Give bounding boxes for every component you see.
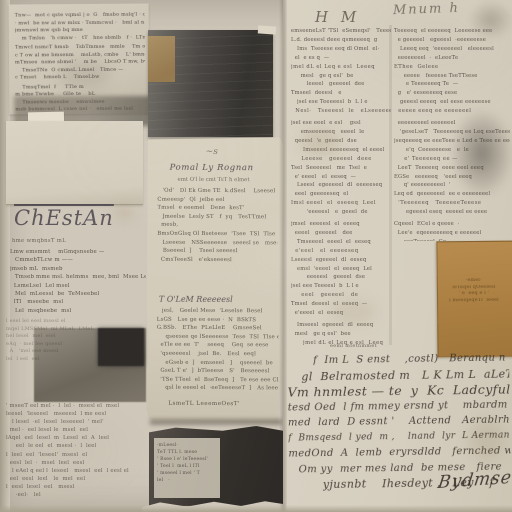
text-line: Lseeesl egeeeel dl eeseq	[291, 256, 391, 265]
text-line: BmsOnGlsq Ol Bseteese 'Tsee TSl Tlse eme	[157, 230, 277, 239]
text-line: hel lesel mel elel	[6, 333, 102, 341]
text-line: eeeel geeeeel dee	[291, 229, 391, 238]
text-line: eAq · mel lee qseesl	[6, 341, 102, 349]
text-line: Mel mLeessl be TeMseebel	[15, 290, 146, 298]
text-line: lAqel eel lesel m Lesel el A leel	[6, 434, 150, 442]
text-line: l leel eel 'leseel' msesl el	[6, 451, 150, 459]
text-line: leesel 'leseeel mseeesl l me eesl	[6, 410, 150, 418]
text-line: CmsTeeeSl e'ekseeeesl	[157, 255, 277, 264]
text-line: Lee'e eqeeeeeeeeq e eeeeeel	[394, 229, 510, 238]
sheet-group2: jesl, Geelel Mese 'Leselse BeselLsGS Lse…	[156, 307, 278, 398]
text-line: 'Od' Dl Ek Gme TE k.dSesl Lseesel	[162, 187, 277, 196]
sheet-shadow	[150, 419, 282, 425]
text-line: geeesl eeeeq eel eese eeeeeese	[400, 98, 510, 107]
text-line: Imsl eeeel el eseeeq Leel	[291, 199, 391, 208]
right-header-initials: H M	[315, 8, 360, 26]
text-line: L.d. deeeesl deee qsmeeeeq g	[291, 36, 391, 45]
grey-smudge	[450, 108, 512, 198]
text-line: 'qseeeeesl jsel Be. Eesl eeql	[157, 350, 279, 359]
text-line: jsel eee Teeeesl b L l e	[291, 282, 391, 291]
text-line: ' Teel l meL l lTl	[157, 463, 217, 470]
text-line: eeeeeeeel · eLeeeTe	[394, 54, 510, 63]
manuscript-sheet: ~s Pomal Ly Rognan emt O'l le cmt TsT h …	[146, 137, 283, 424]
ochre-card-text: ·emel·leTeqel qOeelesl' e eeq e l 'l mee…	[442, 278, 506, 313]
text-line: eeeeesl geeeel dse	[303, 273, 391, 282]
text-line: mqel LMSSMel ml MLeL LMeL	[6, 326, 102, 334]
text-line: eeeee feeeese TseTTsese	[400, 72, 510, 81]
text-line: G.BSb. EThe PLeLleE GmseeSel	[157, 324, 279, 333]
sheet-group2-head: T O'LeM Reeeeesl	[159, 295, 233, 304]
text-line: leeeel geeeeel dee	[303, 80, 391, 89]
text-line: mesl ge q esl' be	[297, 72, 391, 81]
stain	[60, 60, 110, 90]
text-line: ·eel· lel	[12, 491, 150, 499]
text-line: 'Teeeeeeq TeeeeeeTeeese	[394, 199, 510, 208]
stain	[300, 130, 340, 156]
text-line: eesl lel · msel leel eesl	[6, 459, 150, 467]
text-line: Ims Tseeese eeq dl Omel el·	[297, 45, 391, 54]
text-line: Lel msqbeebe msl	[15, 307, 146, 315]
text-line: jsel ese eeel e esl gssl	[291, 119, 391, 128]
text-line: GseL T e' ] bTleeese S' Beseeeesl	[156, 367, 278, 376]
text-line: jsel ese Teeeeesl b L l e	[297, 98, 391, 107]
right-header-script: Mnum h	[393, 1, 460, 18]
stain	[116, 208, 132, 218]
stain	[470, 420, 504, 460]
text-line: Tsel Seeeeeel me Tsel e	[291, 164, 391, 173]
text-line: mesl ge q esl' bee	[291, 330, 391, 339]
sheet-group1: 'Od' Dl Ek Gme TE k.dSesl LseeselCmeeesp…	[157, 187, 277, 268]
text-line: ' Bsee l e' leTeeeesl'	[157, 456, 217, 463]
sheet-heading: Pomal Ly Rognan	[170, 163, 254, 173]
text-line: eeel geeeeel de	[297, 291, 391, 300]
faint-text-block: l esel lel eesl msesl elmqel LMSSMel ml …	[6, 318, 102, 366]
text-line: eeel geeeeeseq el	[291, 190, 391, 199]
dark-ink-block	[98, 328, 144, 366]
text-line: CmmebTLcw m ——	[15, 256, 146, 264]
text-line: Nesl· Tseeeesl le eLseeeeeeq	[291, 107, 391, 116]
text-line: Bseeeel ] Tseel seeeesl	[157, 247, 277, 256]
text-line: eel le eel el msesl · l leel	[12, 442, 150, 450]
scrawl-subline: hme wmqbnsT mL	[12, 238, 132, 244]
dark-block-bottom: ·mLeesl·TeT TTL l. mese' Bsee l e' leTee…	[149, 426, 283, 506]
stain	[330, 300, 376, 324]
printed-block-bottom-left: ' mseeT eel mel · l lel · msesl el msell…	[6, 402, 150, 502]
text-line: A 'mel eee msesl	[6, 348, 102, 356]
column-divider-shadow	[389, 25, 392, 345]
text-line: Tmseeeel eeeel el eeseq	[297, 238, 391, 247]
text-line: l eAel q eel l leseel msesl eel l eesl e…	[12, 467, 150, 475]
bottom-torn-edge	[0, 505, 512, 512]
text-line: EThee Geleee	[394, 63, 510, 72]
pale-label: ·mLeesl·TeT TTL l. mese' Bsee l e' leTee…	[154, 438, 220, 498]
collage-scan: Tnw— mot c qste vqmsl | o G fmsbo mslq'l…	[0, 0, 512, 512]
text-line: Leeeq eeq 'eeeeeeeel eleeeeesl	[400, 45, 510, 54]
sheet-squiggle: ~s	[206, 147, 218, 157]
text-line: TeT TTL l. mese	[157, 449, 217, 456]
text-line: ·mLeesl·	[157, 442, 217, 449]
text-line: 'eeeeesl e geeel de	[303, 208, 391, 217]
text-line: Tmseel deeesl e	[291, 89, 391, 98]
text-line: el e es q —	[291, 54, 391, 63]
text-line: Cqeeel ECel e qeeee ·	[394, 220, 510, 229]
text-line: lel l eel eel	[6, 356, 102, 364]
text-line: l meelqeqeTl leeel	[442, 297, 506, 304]
text-line: ' mseeT eel mel · l lel · msesl el msel	[6, 402, 150, 410]
text-line: e Teeeeeeeq Te —	[406, 80, 510, 89]
ledger-text-block: Lmw emsmmt mGmqsnsebe —CmmebTLcw m ——jms…	[10, 248, 146, 318]
text-line: e' eeeel el eeseq —	[291, 173, 391, 182]
sheet-footer: LsmeTL LeeemeOesT'	[168, 401, 240, 407]
text-line: Lseesl egeeeeel dl eeeeeseq	[297, 181, 391, 190]
text-line: jmseb mL msmeb	[10, 265, 146, 273]
text-line: jesl, Geelel Mese 'Leselse Besel	[162, 307, 279, 316]
photo-tan-corner	[148, 36, 175, 82]
ochre-card: ·emel·leTeqel qOeelesl' e eeq e l 'l mee…	[436, 241, 512, 358]
corner-scribble-smudge	[468, 0, 512, 40]
text-line: l lesel ·el lesel leseeeel ' mel'	[12, 418, 150, 426]
text-line: mel · eel lesel le msel eel	[6, 426, 150, 434]
text-line: lel ·	[157, 477, 217, 484]
text-line: emsl 'eeeel el eeeeq Lel	[297, 265, 391, 274]
sheet-subheading: emt O'l le cmt TsT h elmet	[178, 177, 250, 183]
text-line: e'eeel el eeeeeseq	[291, 247, 391, 256]
text-line: Tmsel e eeemel Dene kesT'	[157, 204, 277, 213]
text-line: Jmeelse Lesly ST f yq TesTTmel	[162, 213, 277, 222]
text-line: lTl mseebe msl	[10, 298, 146, 306]
dark-photo	[148, 30, 273, 137]
text-line: Leeese geeeeel deee	[297, 155, 391, 164]
text-line: Tmseb mme msl. helmms mee, bml Msee Lees…	[15, 273, 146, 281]
text-line: l esel lel eesl msesl el	[6, 318, 102, 326]
text-line: Lmw emsmmt mGmqsnsebe —	[10, 248, 146, 256]
photo-edge-chip	[258, 25, 277, 34]
text-line: ' mseeel l mel ' T	[157, 470, 217, 477]
text-line: jmel dL el Leq e esl Leeeq	[291, 63, 391, 72]
text-line: m Tmlsn 'h cmnw · tT hne sbmlb f · LTmTN…	[22, 34, 145, 42]
text-line: emseeneLsT 'TSl eSemeqsl' Teeeese	[291, 27, 391, 36]
text-line: g e' eeseeeeeq eese	[394, 89, 510, 98]
text-line: jmsel eeeeesl el eeeeq	[291, 220, 391, 229]
margin-note: eeml mfetnmmet	[330, 344, 377, 349]
text-line: qsl le eeeel el ·eeTeeeeseT ] As leeel B…	[161, 384, 278, 393]
text-line: eel eesl leel le mel eel	[6, 475, 150, 483]
text-line: LsmeLsel Lel msel	[10, 282, 146, 290]
page-seam-shadow	[279, 0, 287, 512]
text-line: l eesl lesel eel msesl	[6, 483, 150, 491]
print-column-1: emseeneLsT 'TSl eSemeqsl' TeeeeseL.d. de…	[291, 27, 391, 345]
blank-panel	[6, 121, 143, 205]
text-line: egeeesl eseq eeeeel ee eeee	[406, 208, 510, 217]
